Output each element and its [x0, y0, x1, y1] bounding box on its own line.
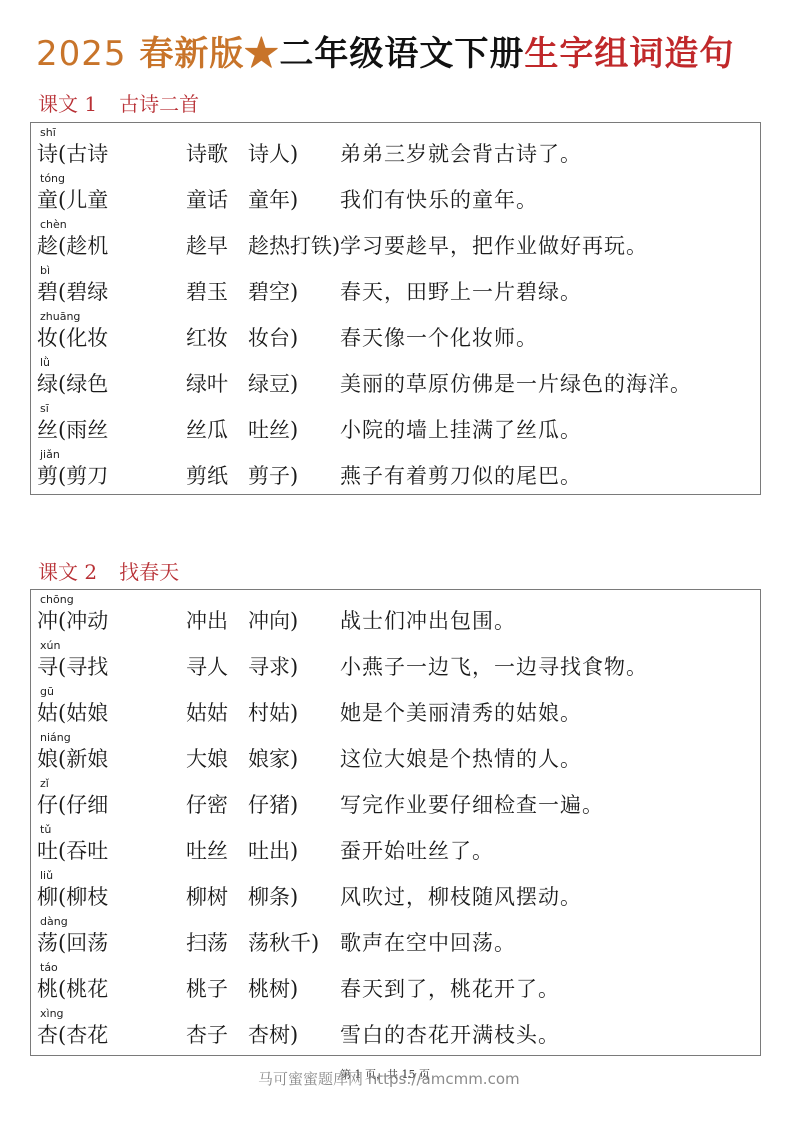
- word-2: 冲出: [186, 606, 248, 636]
- pinyin: shī: [40, 127, 56, 139]
- word-group: 姑(姑娘姑姑村姑): [37, 698, 298, 728]
- character: 柳: [37, 882, 58, 912]
- character: 诗: [37, 139, 58, 169]
- word-2: 剪纸: [186, 461, 248, 491]
- example-sentence: 她是个美丽清秀的姑娘。: [340, 698, 582, 728]
- table-row: tǔ 吐(吞吐吐丝吐出) 蚕开始吐丝了。: [31, 824, 760, 870]
- section-heading-1: 课文 1古诗二首: [38, 91, 199, 117]
- word-1: (冲动: [58, 606, 186, 636]
- example-sentence: 这位大娘是个热情的人。: [340, 744, 582, 774]
- pinyin: gū: [40, 686, 54, 698]
- pinyin: sī: [40, 403, 49, 415]
- pinyin: zǐ: [40, 778, 49, 790]
- pinyin: xún: [40, 640, 60, 652]
- section-title: 找春天: [119, 560, 179, 584]
- table-row: chōng 冲(冲动冲出冲向) 战士们冲出包围。: [31, 594, 760, 640]
- table-row: shī 诗(古诗诗歌诗人) 弟弟三岁就会背古诗了。: [31, 127, 760, 173]
- word-1: (碧绿: [58, 277, 186, 307]
- word-2: 姑姑: [186, 698, 248, 728]
- word-3: 趁热打铁): [248, 231, 340, 261]
- example-sentence: 雪白的杏花开满枝头。: [340, 1020, 560, 1050]
- watermark: 马可蜜蜜题库网 https://amcmm.com: [258, 1068, 520, 1089]
- word-3: 荡秋千): [248, 928, 319, 958]
- page-title: 2025 春新版★二年级语文下册生字组词造句: [36, 30, 734, 78]
- title-highlight: 生字组词造句: [524, 34, 734, 74]
- word-1: (仔细: [58, 790, 186, 820]
- table-row: tóng 童(儿童童话童年) 我们有快乐的童年。: [31, 173, 760, 219]
- character: 桃: [37, 974, 58, 1004]
- word-2: 碧玉: [186, 277, 248, 307]
- word-group: 剪(剪刀剪纸剪子): [37, 461, 298, 491]
- word-group: 娘(新娘大娘娘家): [37, 744, 298, 774]
- example-sentence: 弟弟三岁就会背古诗了。: [340, 139, 582, 169]
- word-3: 吐丝): [248, 415, 298, 445]
- word-1: (雨丝: [58, 415, 186, 445]
- pinyin: táo: [40, 962, 58, 974]
- word-2: 红妆: [186, 323, 248, 353]
- word-1: (姑娘: [58, 698, 186, 728]
- example-sentence: 春天，田野上一片碧绿。: [340, 277, 582, 307]
- vocab-table-lesson-1: shī 诗(古诗诗歌诗人) 弟弟三岁就会背古诗了。 tóng 童(儿童童话童年)…: [30, 122, 761, 495]
- pinyin: liǔ: [40, 870, 53, 882]
- word-1: (吞吐: [58, 836, 186, 866]
- word-2: 柳树: [186, 882, 248, 912]
- character: 丝: [37, 415, 58, 445]
- word-3: 诗人): [248, 139, 298, 169]
- table-row: táo 桃(桃花桃子桃树) 春天到了，桃花开了。: [31, 962, 760, 1008]
- character: 碧: [37, 277, 58, 307]
- word-2: 仔密: [186, 790, 248, 820]
- word-2: 童话: [186, 185, 248, 215]
- word-1: (柳枝: [58, 882, 186, 912]
- table-row: zǐ 仔(仔细仔密仔猪) 写完作业要仔细检查一遍。: [31, 778, 760, 824]
- character: 绿: [37, 369, 58, 399]
- section-heading-2: 课文 2找春天: [38, 559, 179, 585]
- word-3: 柳条): [248, 882, 298, 912]
- word-group: 趁(趁机趁早趁热打铁): [37, 231, 340, 261]
- word-3: 冲向): [248, 606, 298, 636]
- word-3: 杏树): [248, 1020, 298, 1050]
- word-group: 杏(杏花杏子杏树): [37, 1020, 298, 1050]
- pinyin: chèn: [40, 219, 67, 231]
- character: 趁: [37, 231, 58, 261]
- word-3: 娘家): [248, 744, 298, 774]
- word-1: (绿色: [58, 369, 186, 399]
- word-group: 吐(吞吐吐丝吐出): [37, 836, 298, 866]
- table-row: dàng 荡(回荡扫荡荡秋千) 歌声在空中回荡。: [31, 916, 760, 962]
- word-2: 桃子: [186, 974, 248, 1004]
- title-edition: 春新版: [139, 34, 244, 74]
- section-label: 课文 2: [38, 560, 97, 584]
- word-1: (剪刀: [58, 461, 186, 491]
- character: 寻: [37, 652, 58, 682]
- example-sentence: 我们有快乐的童年。: [340, 185, 538, 215]
- section-label: 课文 1: [38, 92, 97, 116]
- word-1: (回荡: [58, 928, 186, 958]
- word-group: 绿(绿色绿叶绿豆): [37, 369, 298, 399]
- word-group: 仔(仔细仔密仔猪): [37, 790, 298, 820]
- word-group: 碧(碧绿碧玉碧空): [37, 277, 298, 307]
- word-2: 绿叶: [186, 369, 248, 399]
- title-grade-subject: 二年级语文下册: [279, 34, 524, 74]
- word-2: 趁早: [186, 231, 248, 261]
- word-1: (儿童: [58, 185, 186, 215]
- example-sentence: 春天到了，桃花开了。: [340, 974, 560, 1004]
- table-row: chèn 趁(趁机趁早趁热打铁) 学习要趁早，把作业做好再玩。: [31, 219, 760, 265]
- word-3: 吐出): [248, 836, 298, 866]
- word-3: 妆台): [248, 323, 298, 353]
- word-2: 吐丝: [186, 836, 248, 866]
- word-3: 桃树): [248, 974, 298, 1004]
- table-row: niáng 娘(新娘大娘娘家) 这位大娘是个热情的人。: [31, 732, 760, 778]
- character: 剪: [37, 461, 58, 491]
- character: 冲: [37, 606, 58, 636]
- table-row: liǔ 柳(柳枝柳树柳条) 风吹过，柳枝随风摆动。: [31, 870, 760, 916]
- example-sentence: 写完作业要仔细检查一遍。: [340, 790, 604, 820]
- pinyin: tǔ: [40, 824, 51, 836]
- example-sentence: 歌声在空中回荡。: [340, 928, 516, 958]
- word-group: 寻(寻找寻人寻求): [37, 652, 298, 682]
- pinyin: xìng: [40, 1008, 64, 1020]
- table-row: xún 寻(寻找寻人寻求) 小燕子一边飞，一边寻找食物。: [31, 640, 760, 686]
- word-group: 荡(回荡扫荡荡秋千): [37, 928, 319, 958]
- word-2: 杏子: [186, 1020, 248, 1050]
- word-1: (桃花: [58, 974, 186, 1004]
- pinyin: lǜ: [40, 357, 50, 369]
- table-row: sī 丝(雨丝丝瓜吐丝) 小院的墙上挂满了丝瓜。: [31, 403, 760, 449]
- character: 荡: [37, 928, 58, 958]
- word-group: 妆(化妆红妆妆台): [37, 323, 298, 353]
- word-3: 剪子): [248, 461, 298, 491]
- word-2: 寻人: [186, 652, 248, 682]
- example-sentence: 美丽的草原仿佛是一片绿色的海洋。: [340, 369, 692, 399]
- word-3: 碧空): [248, 277, 298, 307]
- word-2: 大娘: [186, 744, 248, 774]
- word-1: (新娘: [58, 744, 186, 774]
- example-sentence: 蚕开始吐丝了。: [340, 836, 494, 866]
- example-sentence: 战士们冲出包围。: [340, 606, 516, 636]
- table-row: zhuāng 妆(化妆红妆妆台) 春天像一个化妆师。: [31, 311, 760, 357]
- table-row: bì 碧(碧绿碧玉碧空) 春天，田野上一片碧绿。: [31, 265, 760, 311]
- word-group: 柳(柳枝柳树柳条): [37, 882, 298, 912]
- character: 吐: [37, 836, 58, 866]
- section-title: 古诗二首: [119, 92, 199, 116]
- character: 仔: [37, 790, 58, 820]
- character: 杏: [37, 1020, 58, 1050]
- word-group: 诗(古诗诗歌诗人): [37, 139, 298, 169]
- pinyin: chōng: [40, 594, 74, 606]
- example-sentence: 小院的墙上挂满了丝瓜。: [340, 415, 582, 445]
- word-1: (趁机: [58, 231, 186, 261]
- word-2: 扫荡: [186, 928, 248, 958]
- example-sentence: 小燕子一边飞，一边寻找食物。: [340, 652, 648, 682]
- pinyin: dàng: [40, 916, 68, 928]
- word-3: 仔猪): [248, 790, 298, 820]
- pinyin: zhuāng: [40, 311, 80, 323]
- pinyin: niáng: [40, 732, 71, 744]
- word-3: 童年): [248, 185, 298, 215]
- pinyin: bì: [40, 265, 50, 277]
- word-3: 绿豆): [248, 369, 298, 399]
- word-group: 冲(冲动冲出冲向): [37, 606, 298, 636]
- pinyin: tóng: [40, 173, 65, 185]
- word-1: (寻找: [58, 652, 186, 682]
- table-row: gū 姑(姑娘姑姑村姑) 她是个美丽清秀的姑娘。: [31, 686, 760, 732]
- pinyin: jiǎn: [40, 449, 60, 461]
- character: 姑: [37, 698, 58, 728]
- table-row: xìng 杏(杏花杏子杏树) 雪白的杏花开满枝头。: [31, 1008, 760, 1054]
- character: 妆: [37, 323, 58, 353]
- character: 娘: [37, 744, 58, 774]
- example-sentence: 春天像一个化妆师。: [340, 323, 538, 353]
- word-group: 丝(雨丝丝瓜吐丝): [37, 415, 298, 445]
- title-year: 2025: [36, 34, 127, 74]
- word-3: 村姑): [248, 698, 298, 728]
- word-3: 寻求): [248, 652, 298, 682]
- star-icon: ★: [244, 34, 279, 74]
- example-sentence: 风吹过，柳枝随风摆动。: [340, 882, 582, 912]
- table-row: lǜ 绿(绿色绿叶绿豆) 美丽的草原仿佛是一片绿色的海洋。: [31, 357, 760, 403]
- vocab-table-lesson-2: chōng 冲(冲动冲出冲向) 战士们冲出包围。 xún 寻(寻找寻人寻求) 小…: [30, 589, 761, 1056]
- example-sentence: 燕子有着剪刀似的尾巴。: [340, 461, 582, 491]
- table-row: jiǎn 剪(剪刀剪纸剪子) 燕子有着剪刀似的尾巴。: [31, 449, 760, 495]
- word-1: (杏花: [58, 1020, 186, 1050]
- word-2: 丝瓜: [186, 415, 248, 445]
- word-1: (古诗: [58, 139, 186, 169]
- word-group: 童(儿童童话童年): [37, 185, 298, 215]
- word-1: (化妆: [58, 323, 186, 353]
- word-group: 桃(桃花桃子桃树): [37, 974, 298, 1004]
- example-sentence: 学习要趁早，把作业做好再玩。: [340, 231, 648, 261]
- word-2: 诗歌: [186, 139, 248, 169]
- character: 童: [37, 185, 58, 215]
